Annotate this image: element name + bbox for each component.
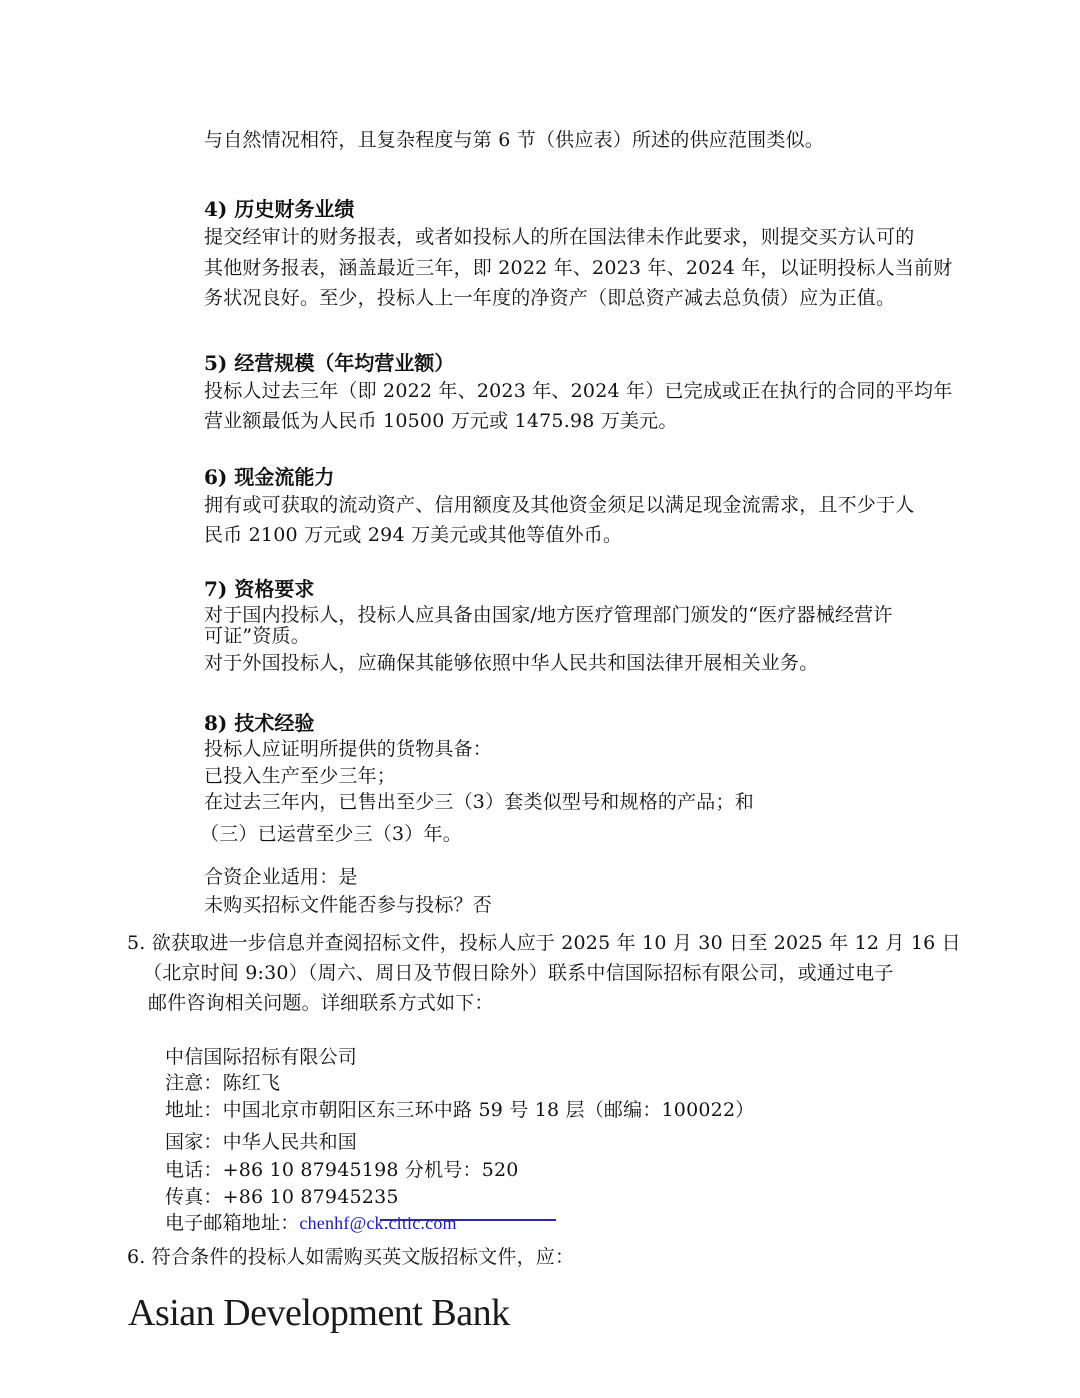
paragraph-line: 投标人应证明所提供的货物具备：	[204, 738, 492, 760]
paragraph-line: （三）已运营至少三（3）年。	[200, 823, 462, 845]
section-heading: 6) 现金流能力	[204, 465, 334, 489]
paragraph-line: 对于国内投标人，投标人应具备由国家/地方医疗管理部门颁发的“医疗器械经营许	[204, 604, 893, 626]
contact-email-row: 电子邮箱地址：chenhf@ck.citic.com	[165, 1212, 457, 1234]
paragraph-line: 其他财务报表，涵盖最近三年，即 2022 年、2023 年、2024 年，以证明…	[204, 257, 952, 279]
paragraph-line: 提交经审计的财务报表，或者如投标人的所在国法律未作此要求，则提交买方认可的	[204, 226, 914, 248]
contact-company: 中信国际招标有限公司	[165, 1046, 357, 1068]
without-purchase-line: 未购买招标文件能否参与投标？否	[204, 894, 492, 916]
paragraph-line: 在过去三年内，已售出至少三（3）套类似型号和规格的产品；和	[204, 791, 754, 813]
item-line: 5. 欲获取进一步信息并查阅招标文件，投标人应于 2025 年 10 月 30 …	[127, 932, 961, 954]
paragraph-line: 拥有或可获取的流动资产、信用额度及其他资金须足以满足现金流需求，且不少于人	[204, 494, 914, 516]
section-heading: 8) 技术经验	[204, 711, 314, 735]
item-line: 邮件咨询相关问题。详细联系方式如下：	[148, 992, 494, 1014]
adb-logo: Asian Development Bank	[128, 1290, 510, 1336]
contact-attention: 注意：陈红飞	[165, 1072, 280, 1094]
contact-country: 国家：中华人民共和国	[165, 1131, 357, 1153]
item-line: （北京时间 9:30）（周六、周日及节假日除外）联系中信国际招标有限公司，或通过…	[143, 962, 894, 984]
paragraph-line: 可证”资质。	[204, 625, 310, 647]
item-6-purchase-english: 6. 符合条件的投标人如需购买英文版招标文件，应：	[127, 1246, 574, 1268]
paragraph-line: 对于外国投标人，应确保其能够依照中华人民共和国法律开展相关业务。	[204, 652, 818, 674]
paragraph-line: 民币 2100 万元或 294 万美元或其他等值外币。	[204, 524, 622, 546]
paragraph-line: 营业额最低为人民币 10500 万元或 1475.98 万美元。	[204, 410, 678, 432]
paragraph-line: 务状况良好。至少，投标人上一年度的净资产（即总资产减去总负债）应为正值。	[204, 287, 895, 309]
email-underline-rule	[380, 1219, 556, 1221]
section-heading: 5) 经营规模（年均营业额）	[204, 351, 454, 375]
paragraph-line: 已投入生产至少三年；	[204, 765, 396, 787]
section-heading: 4) 历史财务业绩	[204, 197, 354, 221]
contact-email-link[interactable]: chenhf@ck.citic.com	[299, 1213, 456, 1233]
contact-address: 地址：中国北京市朝阳区东三环中路 59 号 18 层（邮编：100022）	[165, 1099, 754, 1121]
joint-venture-line: 合资企业适用：是	[204, 866, 358, 888]
paragraph-line: 投标人过去三年（即 2022 年、2023 年、2024 年）已完成或正在执行的…	[204, 380, 952, 402]
section-heading: 7) 资格要求	[204, 577, 314, 601]
contact-fax: 传真：+86 10 87945235	[165, 1186, 399, 1208]
contact-phone: 电话：+86 10 87945198 分机号：520	[165, 1159, 519, 1181]
contact-email-label: 电子邮箱地址：	[165, 1212, 299, 1234]
intro-line: 与自然情况相符，且复杂程度与第 6 节（供应表）所述的供应范围类似。	[204, 129, 824, 151]
